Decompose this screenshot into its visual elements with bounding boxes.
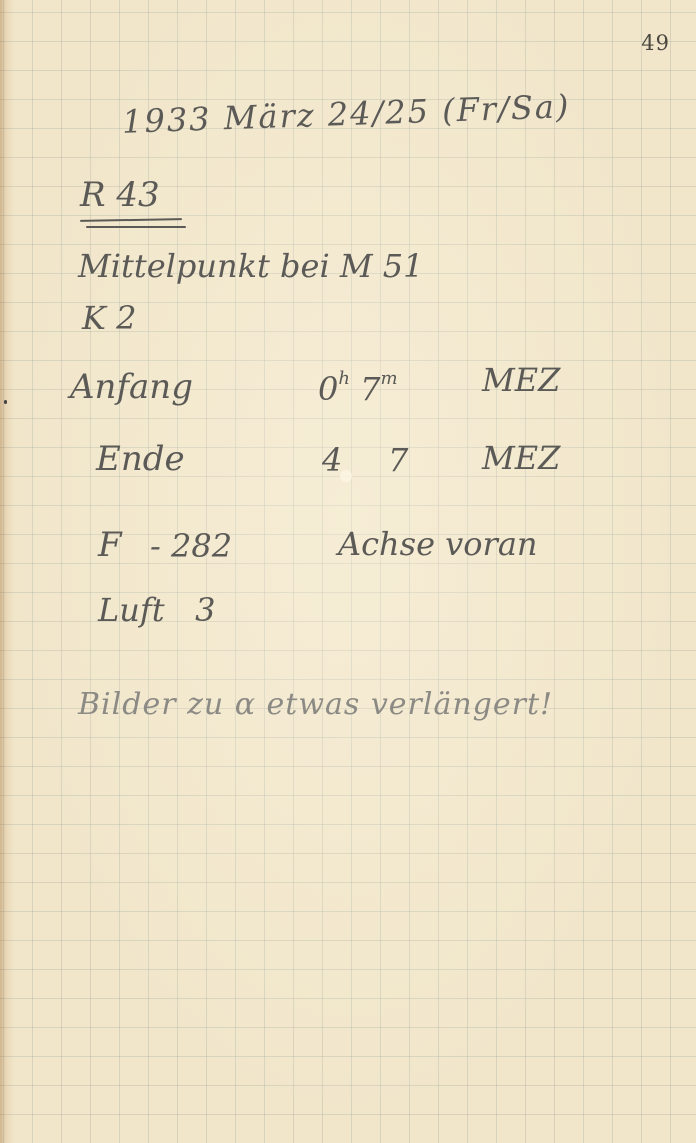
- k-line: K 2: [82, 302, 136, 334]
- anfang-label: Anfang: [70, 370, 193, 404]
- ende-label: Ende: [96, 442, 185, 476]
- ende-zone: MEZ: [482, 442, 560, 474]
- paper-stain: [340, 470, 352, 482]
- f-label: F: [98, 528, 122, 562]
- page-number: 49: [641, 31, 670, 55]
- mittelpunkt-line: Mittelpunkt bei M 51: [78, 250, 424, 282]
- f-row: F - 282 Achse voran: [0, 524, 696, 574]
- f-value: - 282: [150, 530, 232, 562]
- anfang-minutes: 7: [360, 370, 380, 408]
- minutes-unit: m: [380, 368, 397, 389]
- anfang-row: Anfang 0h 7m MEZ: [0, 366, 696, 416]
- anfang-hours: 0: [318, 370, 338, 408]
- remark-line: Bilder zu α etwas verlängert!: [78, 690, 553, 720]
- anfang-zone: MEZ: [482, 364, 560, 396]
- anfang-time: 0h 7m: [318, 370, 398, 405]
- luft-label: Luft: [98, 591, 165, 629]
- luft-value: 3: [195, 591, 215, 629]
- heading-double-underline: [86, 226, 186, 228]
- f-note: Achse voran: [338, 528, 538, 560]
- ende-minutes: 7: [388, 444, 408, 476]
- luft-line: Luft 3: [98, 594, 215, 626]
- ende-hours: 4: [322, 444, 342, 476]
- entry-heading: R 43: [80, 178, 160, 212]
- edge-mark: [4, 400, 7, 404]
- date-line: 1933 März 24/25 (Fr/Sa): [122, 90, 571, 138]
- notebook-page: 49 1933 März 24/25 (Fr/Sa) R 43 Mittelpu…: [0, 0, 696, 1143]
- heading-underline: [80, 218, 182, 222]
- hours-unit: h: [338, 368, 350, 389]
